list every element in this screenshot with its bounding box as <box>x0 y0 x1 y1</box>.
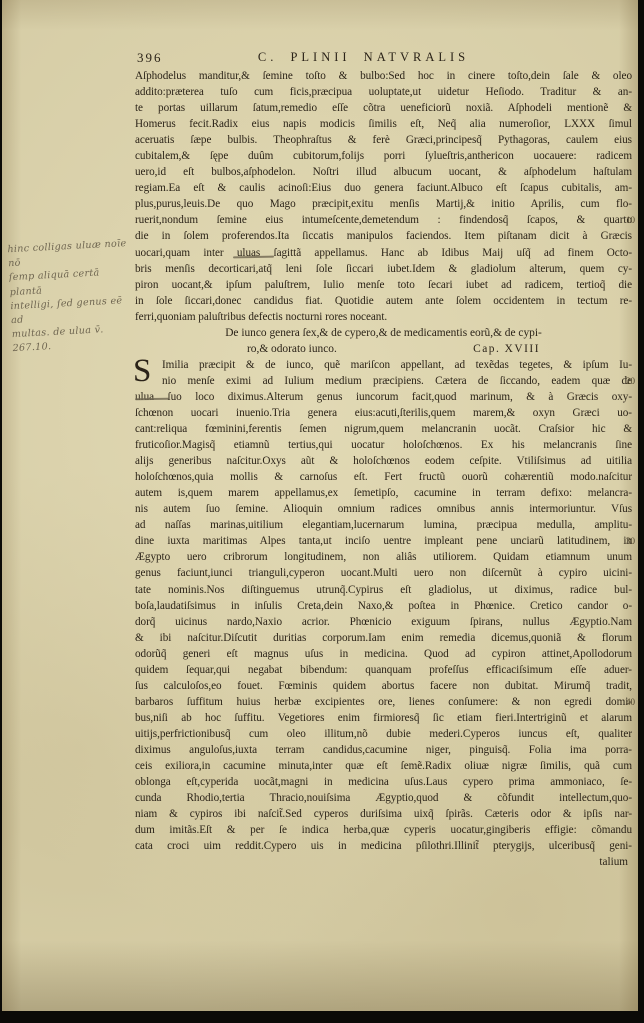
margin-line-number-10: 10 <box>626 212 644 228</box>
text-line: Ægypto uero cribrorum longitudinem, non … <box>135 549 632 565</box>
chapter-heading-line2-text: ro,& odorato iunco. <box>247 341 337 357</box>
text-line: genus faciunt,iunci trianguli,cyperon uo… <box>135 565 632 581</box>
text-line: ferri,quoniam paluſtribus defectis noctu… <box>135 309 632 325</box>
text-line: dine iuxta maritimas Alpes tanta,ut inci… <box>135 533 632 549</box>
text-line: holoſchœnos,quia mollis & carnoſus eſt. … <box>135 469 632 485</box>
text-line: nio menſe eximi ad Iulium medium præcipi… <box>135 373 632 389</box>
text-line: oblonga eſt,cyperida uocãt,magni in medi… <box>135 774 632 790</box>
text-line: dorq̃ uicinus nardo,Naxio acrior. Phœnic… <box>135 614 632 630</box>
text-block: Aſphodelus manditur,& ſemine toſto & bul… <box>135 68 632 870</box>
text-line: bris menſis decorticari,atq̃ leni ſole ſ… <box>135 261 632 277</box>
text-line: diximus anguloſus,iuxta terram candidus,… <box>135 742 632 758</box>
chapter-heading-line2: ro,& odorato iunco. Cap. XVIII <box>135 341 632 357</box>
running-title: C. PLINII NATVRALIS <box>135 50 592 65</box>
paragraph-similia-lines: Imilia præcipit & de iunco, quẽ mariſcon… <box>135 357 632 854</box>
text-line: in ſole ſiccari,donec candidus fiat. Quo… <box>135 293 632 309</box>
text-line: nis autem ſuo ſemine. Alioquin omnium ra… <box>135 501 632 517</box>
text-line: ad naſſas marinas,uitilium elegantiam,lu… <box>135 517 632 533</box>
text-line: regiam.Ea eſt & caulis acinoſi:Eius duo … <box>135 180 632 196</box>
text-line: Aſphodelus manditur,& ſemine toſto & bul… <box>135 68 632 84</box>
margin-line-number-20: 20 <box>626 373 644 389</box>
text-line: addito:præterea tuſo cum ficis,præcipua … <box>135 84 632 100</box>
text-line: boſa,laudatiſsimus in inſulis Creta,dein… <box>135 598 632 614</box>
text-line: dum imitãs.Eſt & per ſe indica herba,quæ… <box>135 822 632 838</box>
text-line: ſus calculoſos,eo fouet. Fœminis quidem … <box>135 678 632 694</box>
text-line: uocari,quam inter uluas ſagittã appellam… <box>135 245 632 261</box>
text-line: autem is,quem marem appellamus,ex ſemeti… <box>135 485 632 501</box>
text-line: cant:reliqua fœminini,ferentis ſemen nig… <box>135 421 632 437</box>
margin-line-number-30: 30 <box>626 533 644 549</box>
chapter-heading: De iunco genera ſex,& de cypero,& de med… <box>135 325 632 357</box>
text-line: plus,purus,leuis.De quo Mago præcipit,ex… <box>135 196 632 212</box>
drop-cap-initial: S <box>133 355 151 388</box>
text-line: uitijs,perfrictionibusq̃ cum oleo illitu… <box>135 726 632 742</box>
text-line: & ibi naſcitur.Diſcutit duritias corporu… <box>135 630 632 646</box>
chapter-heading-line1: De iunco genera ſex,& de cypero,& de med… <box>135 325 632 341</box>
text-line: ſchœnon uocari inuenio.Tria genera eius:… <box>135 405 632 421</box>
text-line: aceruatis ſæpe bulbis. Theophraſtus & fe… <box>135 132 632 148</box>
text-line: Homerus fecit.Radix eius napis modicis ſ… <box>135 116 632 132</box>
scanned-book-page: 396 C. PLINII NATVRALIS Aſphodelus mandi… <box>2 0 638 1011</box>
text-line: odorũq̃ generi eſt magnus uſus in medici… <box>135 646 632 662</box>
text-line: alijs generibus naſcitur.Oxys aũt & holo… <box>135 453 632 469</box>
margin-line-number-40: 40 <box>626 694 644 710</box>
text-line: cata croci uim reddit.Cypero uis in medi… <box>135 838 632 854</box>
text-line: piron uocant,& ipſum paluſtrem, Iulio me… <box>135 277 632 293</box>
text-line: niam & cypiros ibi naſcit̃.Sed cyperos d… <box>135 806 632 822</box>
text-line: ruerit,nondum ſemine eius intumeſcente,d… <box>135 212 632 228</box>
text-line: multas. de ulua v̄. 267.10. <box>12 322 135 357</box>
text-line: die in ſolem proferendos.Ita ſiccatis ma… <box>135 228 632 244</box>
text-line: ulua ſuo loco diximus.Alterum genus iunc… <box>135 389 632 405</box>
text-line: bus,niſi ab hoc ſuffitu. Vegetiores enim… <box>135 710 632 726</box>
paragraph-similia: S Imilia præcipit & de iunco, quẽ mariſc… <box>135 357 632 854</box>
handwritten-marginalia: hinc colligas uluæ noīe nōſemp aliquā ce… <box>7 237 135 357</box>
text-line: tate nominis.Nos diſtinguemus utrunq̃.Cy… <box>135 582 632 598</box>
text-line: uero,id eſt bulbos,aſphodelon. Noſtri il… <box>135 164 632 180</box>
text-line: barbaros ſuffitum huius herbæ excipiente… <box>135 694 632 710</box>
paragraph-asphodelus: Aſphodelus manditur,& ſemine toſto & bul… <box>135 68 632 325</box>
text-line: fruticoſior.Magisq̃ etiamnũ tertius,qui … <box>135 437 632 453</box>
text-line: cunda Rhodio,tertia Thracio,nouiſsima Æg… <box>135 790 632 806</box>
text-line: cubitalem,& ſępe duûm cubitorum,folijs p… <box>135 148 632 164</box>
running-header: 396 C. PLINII NATVRALIS <box>135 50 632 66</box>
text-line: ceis exiliora,in cacumine minuta,inter q… <box>135 758 632 774</box>
catchword: talium <box>135 854 632 870</box>
text-line: Imilia præcipit & de iunco, quẽ mariſcon… <box>135 357 632 373</box>
text-line: te portas uillarum ſatum,remedio eſſe cõ… <box>135 100 632 116</box>
chapter-number: Cap. XVIII <box>473 341 540 357</box>
text-line: quidem ſequar,qui negabat bibendum: quan… <box>135 662 632 678</box>
